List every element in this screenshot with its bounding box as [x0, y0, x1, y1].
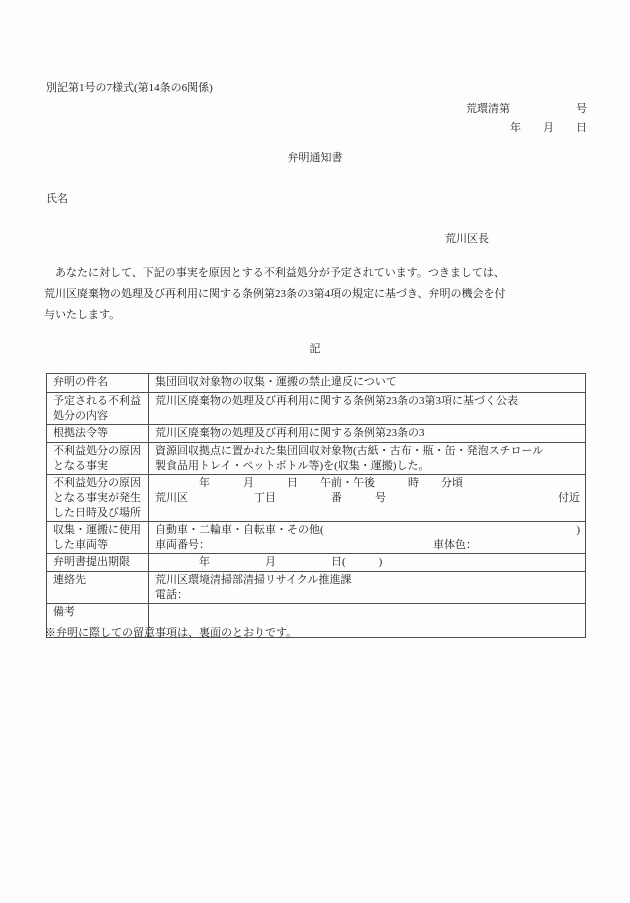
row-label: 不利益処分の原因 となる事実が発生 した日時及び場所	[47, 475, 149, 522]
cell-text: 荒川区 丁目 番 号	[155, 491, 386, 506]
record-heading: 記	[0, 340, 630, 356]
document-number: 荒環清第 号	[466, 100, 587, 119]
row-label: 根拠法令等	[47, 425, 149, 443]
cell-text: 製食品用トレイ・ペットボトル等)を(収集・運搬)した。	[155, 459, 429, 474]
document-page: 別記第1号の7様式(第14条の6関係) 荒環清第 号 年 月 日 弁明通知書 氏…	[0, 0, 630, 903]
row-label: 連絡先	[47, 571, 149, 603]
date-line: 年 月 日	[466, 119, 587, 138]
cell-text: 荒川区環境清掃部清掃リサイクル推進課	[155, 573, 351, 588]
row-label: 弁明書提出期限	[47, 554, 149, 572]
form-reference: 別記第1号の7様式(第14条の6関係)	[46, 82, 213, 95]
cell-text: 自動車・二輪車・自転車・その他(	[155, 523, 324, 538]
row-content: 荒川区廃棄物の処理及び再利用に関する条例第23条の3第3項に基づく公表	[149, 393, 586, 425]
row-content: 年 月 日 午前・午後 時 分頃 荒川区 丁目 番 号 付近	[149, 475, 586, 522]
cell-text: 荒川区廃棄物の処理及び再利用に関する条例第23条の3第3項に基づく公表	[155, 394, 518, 409]
cell-text: 年 月 日( )	[155, 555, 382, 570]
row-label: 収集・運搬に使用 した車両等	[47, 522, 149, 554]
table-row-subject: 弁明の件名 集団回収対象物の収集・運搬の禁止違反について	[47, 374, 586, 393]
cell-text: 集団回収対象物の収集・運搬の禁止違反について	[155, 375, 397, 390]
row-content: 資源回収拠点に置かれた集団回収対象物(古紙・古布・瓶・缶・発泡スチロール 製食品…	[149, 443, 586, 475]
document-number-block: 荒環清第 号 年 月 日	[466, 100, 587, 138]
addresser: 荒川区長	[445, 230, 489, 246]
cell-text: 年 月 日 午前・午後 時 分頃	[155, 476, 463, 491]
table-row-contact: 連絡先 荒川区環境清掃部清掃リサイクル推進課 電話：	[47, 571, 586, 603]
phone-label: 電話：	[155, 588, 188, 603]
page-title: 弁明通知書	[0, 151, 630, 165]
table-row-vehicle: 収集・運搬に使用 した車両等 自動車・二輪車・自転車・その他( ) 車両番号：車…	[47, 522, 586, 554]
row-content: 集団回収対象物の収集・運搬の禁止違反について	[149, 374, 586, 393]
row-label: 弁明の件名	[47, 374, 149, 393]
row-label: 予定される不利益 処分の内容	[47, 393, 149, 425]
row-content: 自動車・二輪車・自転車・その他( ) 車両番号：車体色：	[149, 522, 586, 554]
row-content: 年 月 日( )	[149, 554, 586, 572]
row-label: 不利益処分の原因 となる事実	[47, 443, 149, 475]
row-content: 荒川区環境清掃部清掃リサイクル推進課 電話：	[149, 571, 586, 603]
row-content: 荒川区廃棄物の処理及び再利用に関する条例第23条の3	[149, 425, 586, 443]
cell-text-right: )	[576, 523, 580, 538]
cell-text-right: 付近	[558, 491, 580, 506]
table-row-legal-basis: 根拠法令等 荒川区廃棄物の処理及び再利用に関する条例第23条の3	[47, 425, 586, 443]
table-row-planned-disposition: 予定される不利益 処分の内容 荒川区廃棄物の処理及び再利用に関する条例第23条の…	[47, 393, 586, 425]
vehicle-number-label: 車両番号：	[155, 538, 433, 553]
footnote: ※弁明に際しての留意事項は、裏面のとおりです。	[45, 626, 297, 640]
table-row-datetime-place: 不利益処分の原因 となる事実が発生 した日時及び場所 年 月 日 午前・午後 時…	[47, 475, 586, 522]
body-paragraph: あなたに対して、下記の事実を原因とする不利益処分が予定されています。つきましては…	[44, 263, 590, 326]
cell-text: 荒川区廃棄物の処理及び再利用に関する条例第23条の3	[155, 426, 425, 441]
name-label: 氏名	[46, 190, 68, 206]
table-row-deadline: 弁明書提出期限 年 月 日( )	[47, 554, 586, 572]
notice-table: 弁明の件名 集団回収対象物の収集・運搬の禁止違反について 予定される不利益 処分…	[46, 373, 586, 638]
vehicle-color-label: 車体色：	[433, 539, 477, 551]
cell-text: 資源回収拠点に置かれた集団回収対象物(古紙・古布・瓶・缶・発泡スチロール	[155, 444, 543, 459]
table-row-facts: 不利益処分の原因 となる事実 資源回収拠点に置かれた集団回収対象物(古紙・古布・…	[47, 443, 586, 475]
